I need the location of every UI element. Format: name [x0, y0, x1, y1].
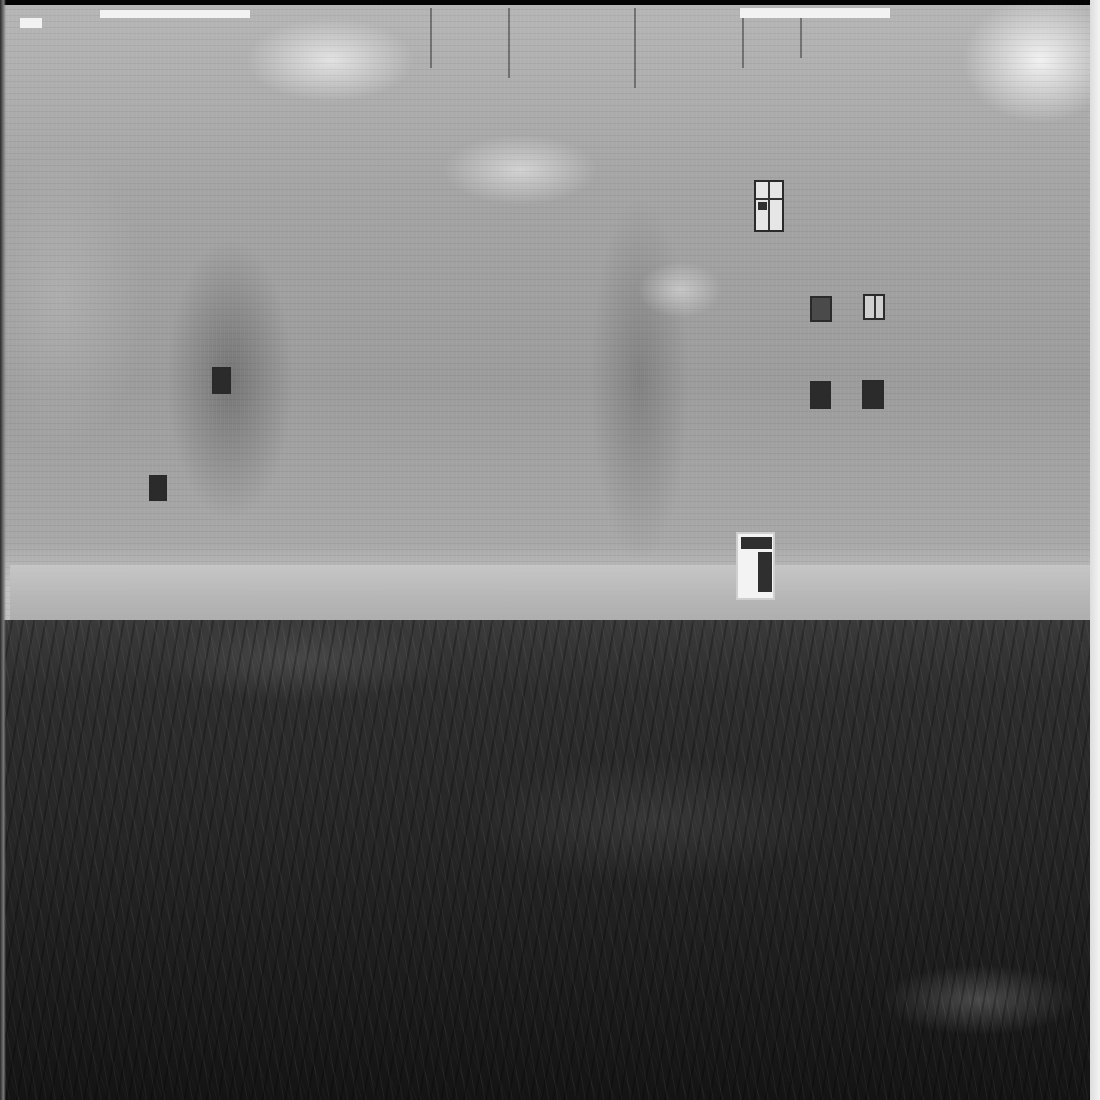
window-small-left [810, 296, 832, 322]
photograph [0, 0, 1100, 1100]
window-left-upper [212, 367, 231, 394]
film-border-top [0, 0, 1100, 5]
wall-stain [508, 8, 510, 78]
wall-stain [634, 8, 636, 88]
wall-stain [430, 8, 432, 68]
grass-field [0, 620, 1100, 1100]
film-border-left [0, 0, 6, 1100]
building-wall [0, 0, 1100, 640]
window-small-left-lower [810, 381, 831, 409]
film-mark [20, 18, 42, 28]
window-small-right-lower [862, 380, 884, 409]
window-small-right [863, 294, 885, 320]
film-mark [740, 8, 890, 18]
film-border-right [1090, 0, 1100, 1100]
window-ground-level [736, 532, 775, 600]
window-left-lower [149, 475, 167, 501]
window-upper-right [754, 180, 784, 232]
film-mark [100, 10, 250, 18]
